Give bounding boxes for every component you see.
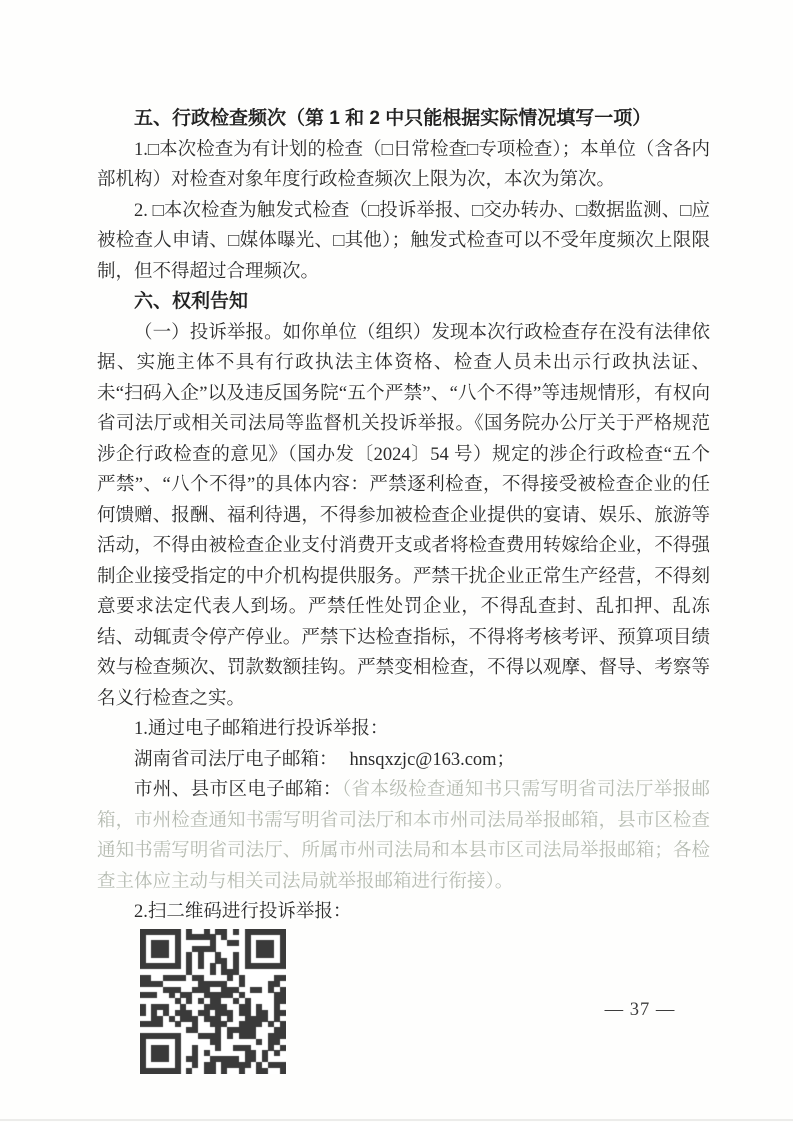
qr-code-canvas: [140, 929, 286, 1074]
province-email-address: hnsqxzjc@163.com；: [350, 750, 516, 770]
complaint-paragraph: （一）投诉举报。如你单位（组织）发现本次行政检查存在没有法律依据、实施主体不具有…: [97, 318, 710, 715]
frequency-item-triggered: 2. □本次检查为触发式检查（□投诉举报、□交办转办、□数据监测、□应被检查人申…: [97, 196, 710, 288]
frequency-item-planned: 1.□本次检查为有计划的检查（□日常检查□专项检查）；本单位（含各内部机构）对检…: [97, 135, 710, 196]
province-email-label: 湖南省司法厅电子邮箱：: [134, 750, 338, 770]
city-email-label: 市州、县市区电子邮箱：: [134, 780, 342, 800]
page-number: — 37 —: [592, 996, 688, 1024]
email-report-intro: 1.通过电子邮箱进行投诉举报：: [97, 714, 710, 745]
section-heading-rights: 六、权利告知: [97, 287, 710, 318]
province-email-line: 湖南省司法厅电子邮箱：hnsqxzjc@163.com；: [97, 745, 710, 776]
qr-code: [140, 929, 286, 1074]
document-content: 五、行政检查频次（第 1 和 2 中只能根据实际情况填写一项） 1.□本次检查为…: [97, 104, 710, 1074]
scan-bottom-edge: [0, 1119, 793, 1121]
city-email-line: 市州、县市区电子邮箱：（省本级检查通知书只需写明省司法厅举报邮箱，市州检查通知书…: [97, 775, 710, 897]
document-page: 五、行政检查频次（第 1 和 2 中只能根据实际情况填写一项） 1.□本次检查为…: [0, 0, 793, 1122]
section-heading-frequency: 五、行政检查频次（第 1 和 2 中只能根据实际情况填写一项）: [97, 104, 710, 135]
qr-report-intro: 2.扫二维码进行投诉举报：: [97, 897, 710, 928]
